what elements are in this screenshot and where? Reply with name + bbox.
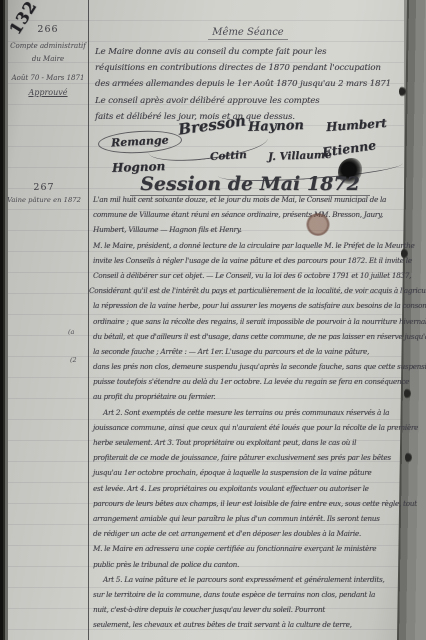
manuscript-line: ordinaire ; que sans la récolte des rega… [93,314,404,329]
manuscript-line: L'an mil huit cent soixante douze, et le… [93,192,404,207]
page-edge-bump [405,452,412,463]
manuscript-line: nuit, c'est-à-dire depuis le coucher jus… [93,602,404,617]
page-edge-bump [404,388,411,399]
manuscript-line: Humbert, Villaume — Hagnon fils et Henry… [93,222,404,237]
section-heading-meme-seance: Même Séance [93,27,403,38]
manuscript-line: de rédiger un acte de cet arrangement et… [93,526,404,541]
manuscript-line: dans les prés non clos, demeure suspendu… [93,359,404,374]
margin-note-entry-267: 267 Vaine pâture en 1872 [0,182,88,204]
margin-note-line: du Maire [8,55,88,63]
manuscript-line: réquisitions en contributions directes d… [95,60,404,76]
margin-rule-line [88,0,89,640]
manuscript-line: public près le tribunal de police du can… [93,557,404,572]
manuscript-line: faits et délibéré les jour, mois et an q… [95,109,404,125]
manuscript-line: sur le territoire de la commune, dans to… [93,587,404,602]
manuscript-line: du bétail, et que d'ailleurs il est d'us… [93,329,404,344]
entry-number: 266 [8,24,88,35]
manuscript-line: jusqu'au 1er octobre prochain, époque à … [93,465,404,480]
binding-edge [0,0,8,640]
manuscript-line: des armées allemandes depuis le 1er Août… [95,76,404,92]
manuscript-line: commune de Villaume étant réuni en séanc… [93,207,404,222]
margin-note-line: Août 70 - Mars 1871 [8,74,88,82]
manuscript-line: Le conseil après avoir délibéré approuve… [95,93,404,109]
manuscript-line: jouissance commune, ainsi que ceux qui n… [93,420,404,435]
manuscript-line: arrangement amiable qui leur paraîtra le… [93,511,404,526]
manuscript-line: au profit du propriétaire ou fermier. [93,389,404,404]
manuscript-line: parcours de leurs bêtes aux champs, il l… [93,496,404,511]
manuscript-line: la répression de la vaine herbe, pour lu… [93,298,404,313]
margin-note-entry-266: 266 Compte administratifdu MaireAoût 70 … [8,24,88,97]
manuscript-line: Art 2. Sont exemptés de cette mesure les… [93,405,404,420]
manuscript-paragraph-266: Le Maire donne avis au conseil du compte… [95,44,404,125]
manuscript-line: est levée. Art 4. Les propriétaires ou e… [93,481,404,496]
manuscript-line: la seconde fauche ; Arrête : — Art 1er. … [93,344,404,359]
manuscript-line: M. le Maire, président, a donné lecture … [93,238,404,253]
margin-note-line: Approuvé [8,89,88,97]
manuscript-line: profiterait de ce mode de jouissance, fa… [93,450,404,465]
brown-stain [306,213,330,236]
manuscript-line: M. le Maire en adressera une copie certi… [93,541,404,556]
margin-note-line: Vaine pâture en 1872 [0,196,88,204]
manuscript-line: Art 5. La vaine pâture et le parcours so… [93,572,404,587]
margin-note-lines: Vaine pâture en 1872 [0,196,88,204]
paragraph-mark: (2 [70,356,77,364]
scanned-register-page: 132 266 Compte administratifdu MaireAoût… [0,0,426,640]
margin-note-lines: Compte administratifdu MaireAoût 70 - Ma… [8,42,88,97]
manuscript-line: seulement, les chevaux et autres bêtes d… [93,617,404,632]
manuscript-line: Le Maire donne avis au conseil du compte… [95,44,404,60]
manuscript-line: Considérant qu'il est de l'intérêt du pa… [89,283,404,298]
manuscript-line: puisse toutefois s'étendre au delà du 1e… [93,374,404,389]
paragraph-mark: (a [68,328,74,336]
section-heading-text: Même Séance [208,27,287,40]
entry-number: 267 [0,182,88,193]
manuscript-paragraph-267: L'an mil huit cent soixante douze, et le… [93,192,404,632]
manuscript-line: Conseil à délibérer sur cet objet. — Le … [93,268,404,283]
manuscript-line: herbe seulement. Art 3. Tout propriétair… [93,435,404,450]
manuscript-line: invite les Conseils à régler l'usage de … [93,253,404,268]
margin-note-line: Compte administratif [8,42,88,50]
